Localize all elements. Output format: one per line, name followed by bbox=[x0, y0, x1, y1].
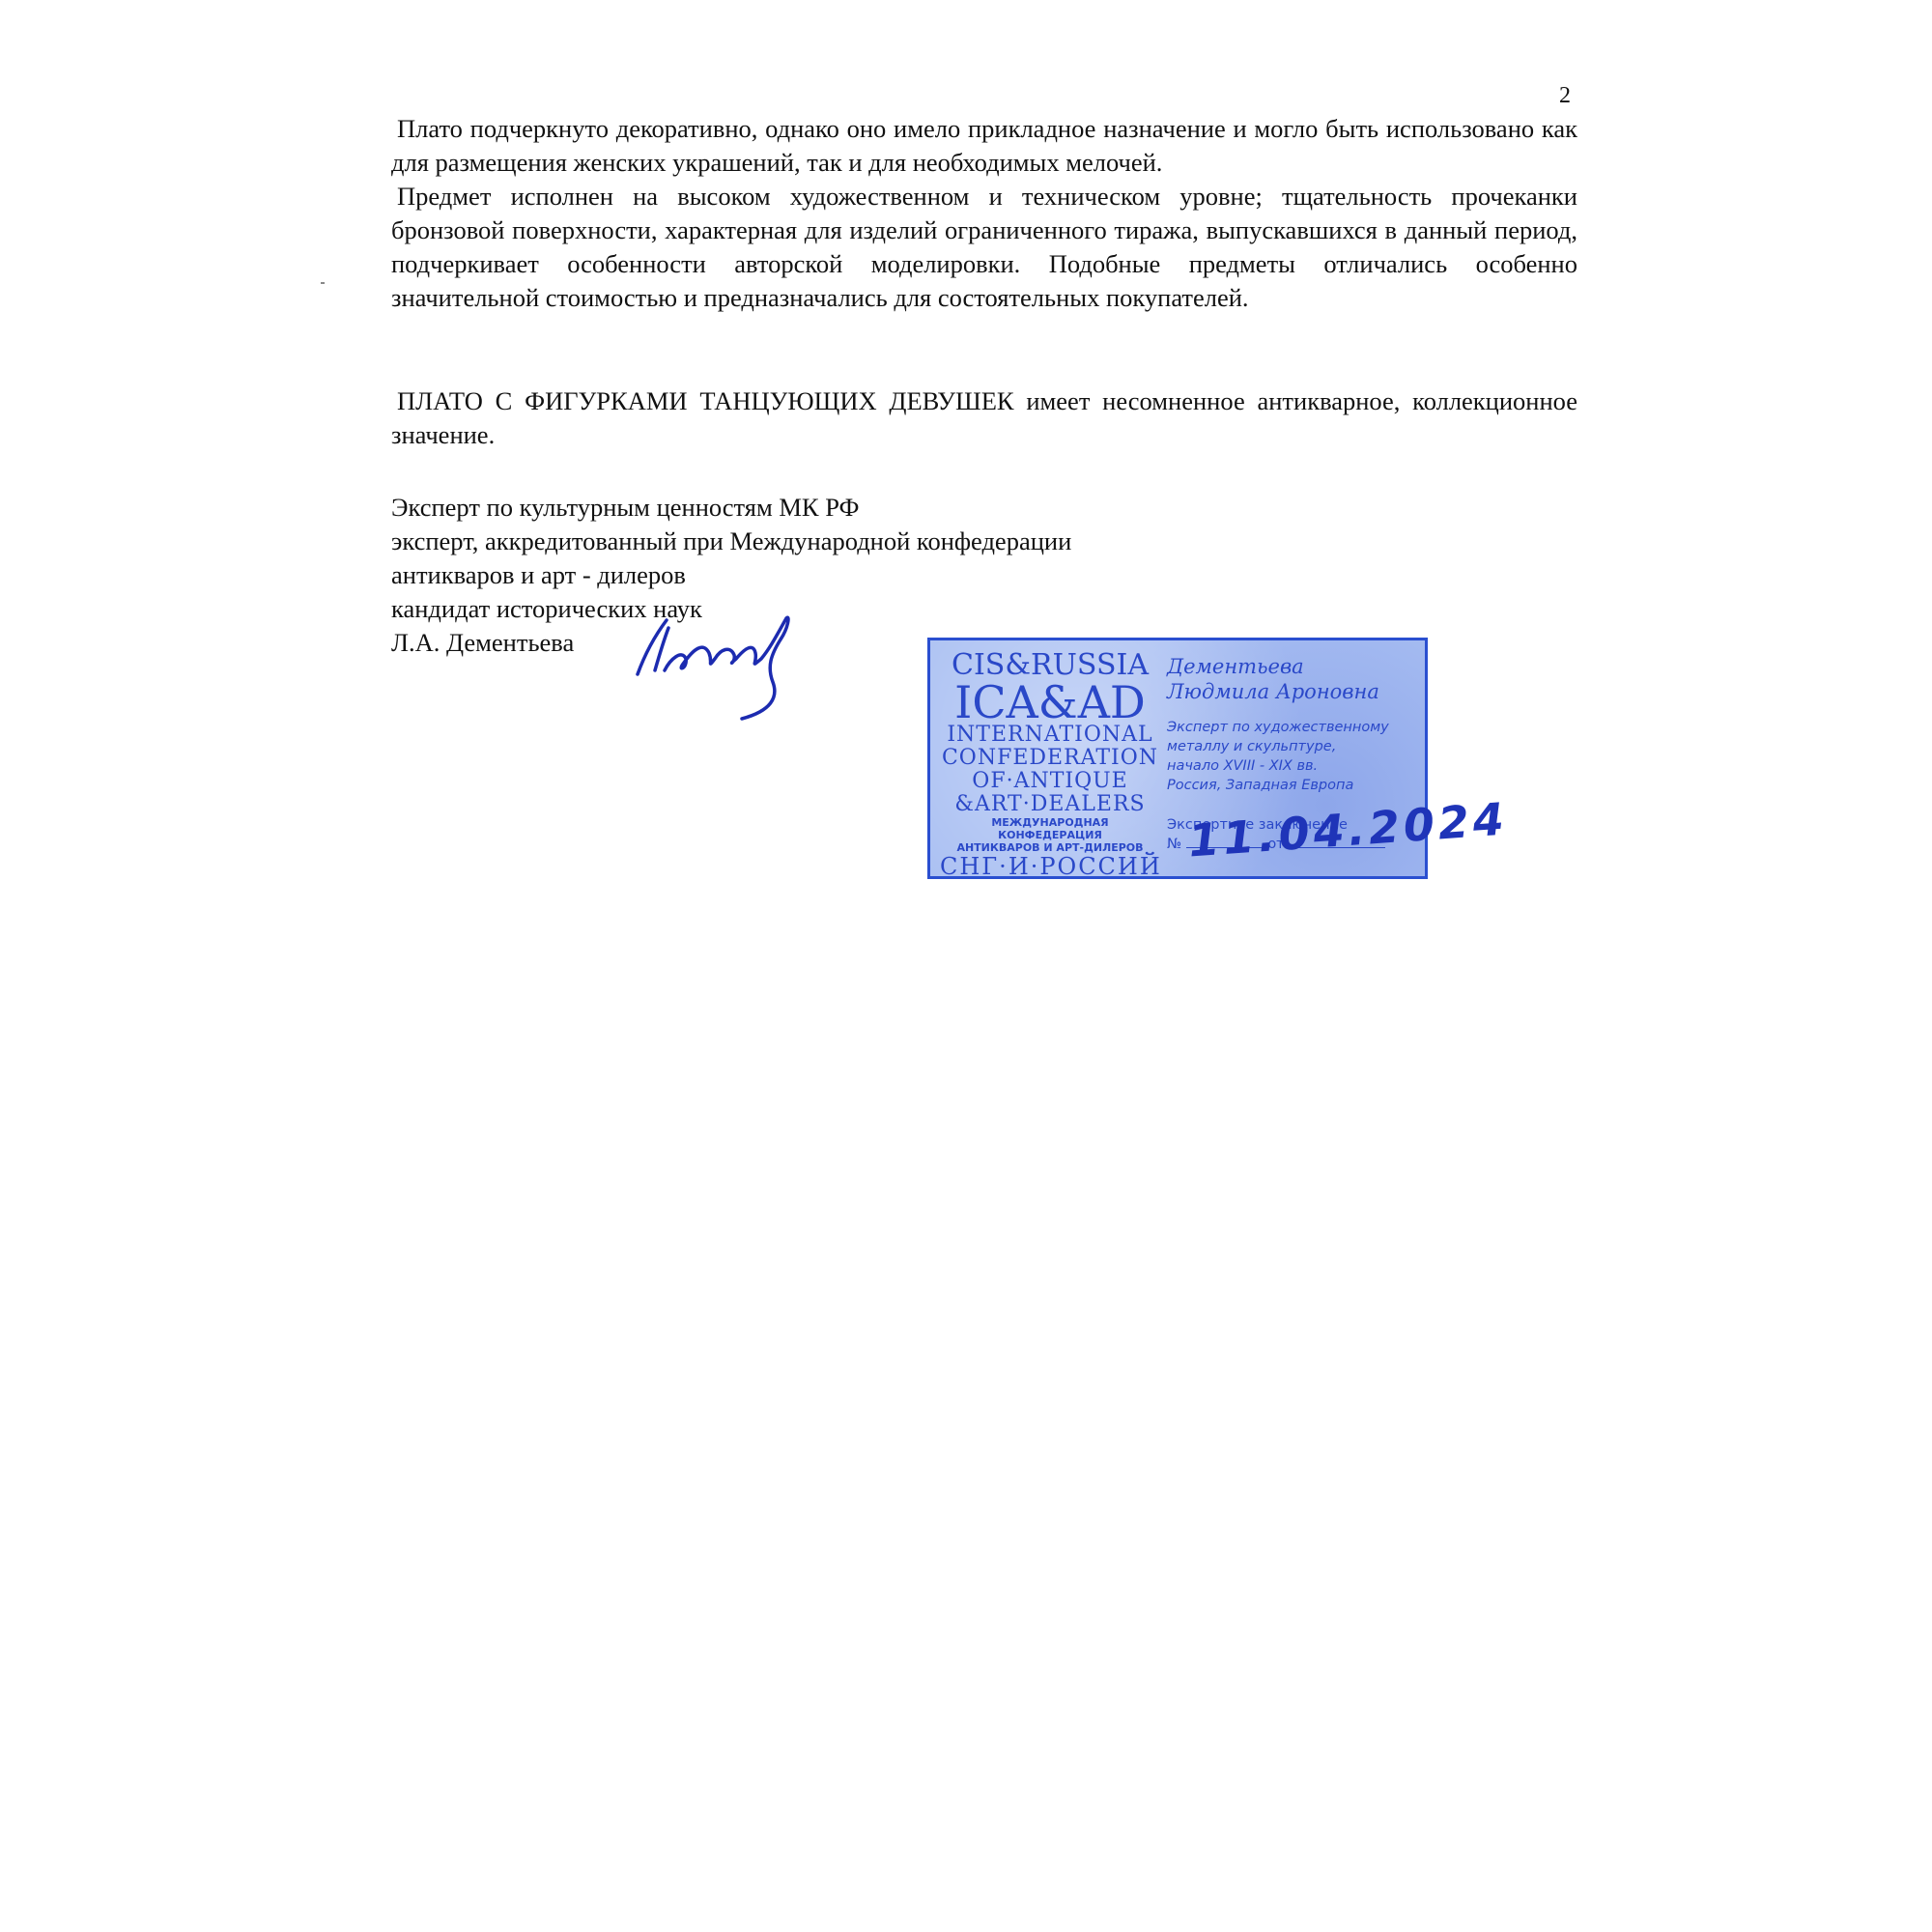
stamp-surname: Дементьева bbox=[1167, 654, 1418, 679]
expert-title-2: эксперт, аккредитованный при Международн… bbox=[391, 525, 1071, 558]
stamp-logo-line-4: CONFEDERATION bbox=[940, 747, 1160, 770]
page-number: 2 bbox=[1559, 83, 1571, 109]
paragraph-1-block: Плато подчеркнуто декоративно, однако он… bbox=[391, 112, 1577, 180]
stamp-number-label: № bbox=[1167, 837, 1181, 852]
icaad-logo: CIS&RUSSIA ICA&AD INTERNATIONAL CONFEDER… bbox=[940, 650, 1160, 879]
paragraph-2: Предмет исполнен на высоком художественн… bbox=[391, 180, 1577, 315]
stamp-specialty-line-3: начало XVIII - XIX вв. bbox=[1167, 756, 1418, 776]
paragraph-3: ПЛАТО С ФИГУРКАМИ ТАНЦУЮЩИХ ДЕВУШЕК имее… bbox=[391, 384, 1577, 452]
paragraph-1: Плато подчеркнуто декоративно, однако он… bbox=[391, 112, 1577, 180]
stamp-specialty-line-4: Россия, Западная Европа bbox=[1167, 776, 1418, 795]
expert-title-3: антикваров и арт - дилеров bbox=[391, 558, 1071, 592]
stamp-logo-line-3: INTERNATIONAL bbox=[940, 724, 1160, 747]
stamp-given-names: Людмила Ароновна bbox=[1167, 679, 1418, 704]
expert-title-1: Эксперт по культурным ценностям МК РФ bbox=[391, 491, 1071, 525]
stamp-specialty-line-2: металлу и скульптуре, bbox=[1167, 737, 1418, 756]
paragraph-2-block: Предмет исполнен на высоком художественн… bbox=[391, 180, 1577, 315]
scan-speck bbox=[321, 282, 325, 284]
stamp-logo-line-6: &ART·DEALERS bbox=[940, 793, 1160, 816]
stamp-logo-line-5: OF·ANTIQUE bbox=[940, 770, 1160, 793]
stamp-bottom-line: СНГ·И·РОССИЙ bbox=[940, 854, 1160, 879]
stamp-specialty: Эксперт по художественному металлу и ску… bbox=[1167, 718, 1418, 795]
handwritten-signature-icon bbox=[626, 614, 838, 721]
stamp-logo-line-2: ICA&AD bbox=[940, 681, 1160, 724]
stamp-specialty-line-1: Эксперт по художественному bbox=[1167, 718, 1418, 737]
paragraph-3-block: ПЛАТО С ФИГУРКАМИ ТАНЦУЮЩИХ ДЕВУШЕК имее… bbox=[391, 384, 1577, 452]
stamp-russian-line-1: МЕЖДУНАРОДНАЯ КОНФЕДЕРАЦИЯ bbox=[940, 816, 1160, 841]
